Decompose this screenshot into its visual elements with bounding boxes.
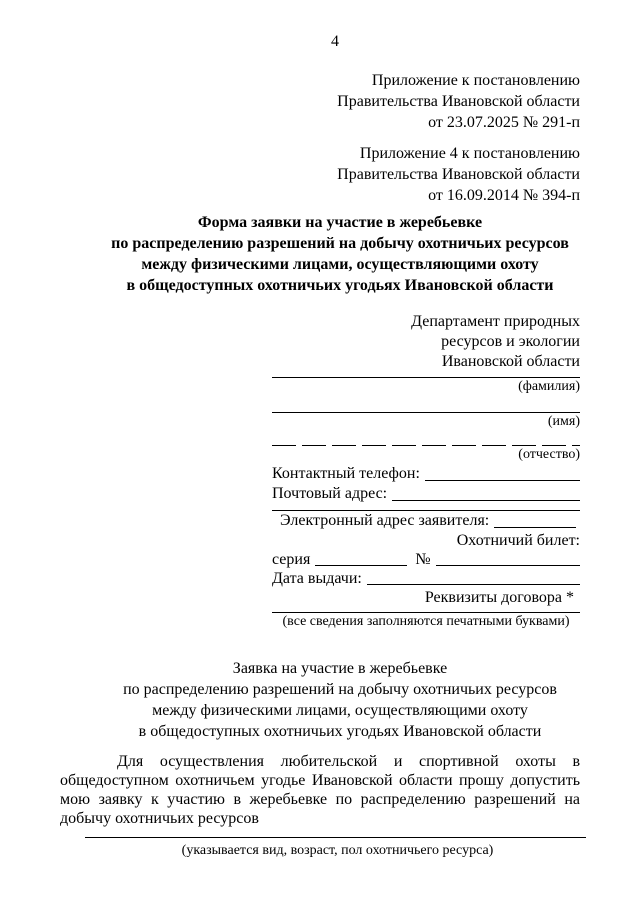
firstname-blank-line — [272, 396, 580, 413]
annex-current-line: от 23.07.2025 № 291-п — [60, 112, 580, 133]
annex-original-line: Приложение 4 к постановлению — [60, 143, 580, 164]
form-title-line: по распределению разрешений на добычу ох… — [100, 233, 580, 254]
contract-requisites-label: Реквизиты договора * — [272, 588, 580, 607]
resource-caption: (указывается вид, возраст, пол охотничье… — [95, 842, 580, 860]
form-title-line: в общедоступных охотничьих угодьях Ивано… — [100, 275, 580, 296]
form-title: Форма заявки на участие в жеребьевке по … — [100, 212, 580, 296]
ticket-number-blank-line — [436, 550, 580, 566]
form-title-line: между физическими лицами, осуществляющим… — [100, 254, 580, 275]
postal-address-blank-line — [392, 484, 580, 501]
recipient-line: ресурсов и экологии — [272, 332, 580, 352]
annex-original-line: Правительства Ивановской области — [60, 164, 580, 185]
postal-row: Почтовый адрес: — [272, 484, 580, 504]
recipient-line: Ивановской области — [272, 352, 580, 372]
series-label: серия — [272, 550, 310, 569]
phone-blank-line — [425, 464, 580, 481]
phone-label: Контактный телефон: — [272, 464, 420, 484]
annex-current-block: Приложение к постановлению Правительства… — [60, 70, 580, 133]
postal-address-label: Почтовый адрес: — [272, 484, 387, 504]
email-label: Электронный адрес заявителя: — [272, 511, 489, 531]
email-row: Электронный адрес заявителя: — [272, 511, 580, 531]
issue-date-label: Дата выдачи: — [272, 569, 362, 588]
application-title: Заявка на участие в жеребьевке по распре… — [100, 658, 580, 742]
annex-current-line: Правительства Ивановской области — [60, 91, 580, 112]
block-fill-note: (все сведения заполняются печатными букв… — [272, 613, 580, 631]
surname-caption: (фамилия) — [272, 378, 580, 396]
recipient-block: Департамент природных ресурсов и экологи… — [272, 312, 580, 372]
annex-current-line: Приложение к постановлению — [60, 70, 580, 91]
application-title-line: Заявка на участие в жеребьевке — [100, 658, 580, 679]
form-title-line: Форма заявки на участие в жеребьевке — [100, 212, 580, 233]
series-blank-line — [315, 550, 407, 566]
annex-original-line: от 16.09.2014 № 394-п — [60, 185, 580, 206]
firstname-caption: (имя) — [272, 413, 580, 431]
ticket-series-number-row: серия № — [272, 550, 580, 569]
recipient-line: Департамент природных — [272, 312, 580, 332]
patronymic-blank-line — [272, 431, 580, 446]
document-page: 4 Приложение к постановлению Правительст… — [0, 0, 640, 905]
issue-date-blank-line — [367, 569, 580, 585]
application-title-line: между физическими лицами, осуществляющим… — [100, 700, 580, 721]
number-sign-label: № — [415, 550, 430, 569]
application-body-paragraph: Для осуществления любительской и спортив… — [60, 752, 580, 828]
hunting-ticket-label: Охотничий билет: — [272, 531, 580, 550]
resource-blank-line — [85, 837, 586, 838]
applicant-form-column: Департамент природных ресурсов и экологи… — [272, 312, 580, 631]
email-blank-line — [494, 511, 576, 528]
issue-date-row: Дата выдачи: — [272, 569, 580, 588]
annex-original-block: Приложение 4 к постановлению Правительст… — [60, 143, 580, 206]
patronymic-caption: (отчество) — [272, 446, 580, 464]
application-title-line: по распределению разрешений на добычу ох… — [100, 679, 580, 700]
page-number: 4 — [0, 34, 640, 50]
application-title-line: в общедоступных охотничьих угодьях Ивано… — [100, 721, 580, 742]
phone-row: Контактный телефон: — [272, 464, 580, 484]
